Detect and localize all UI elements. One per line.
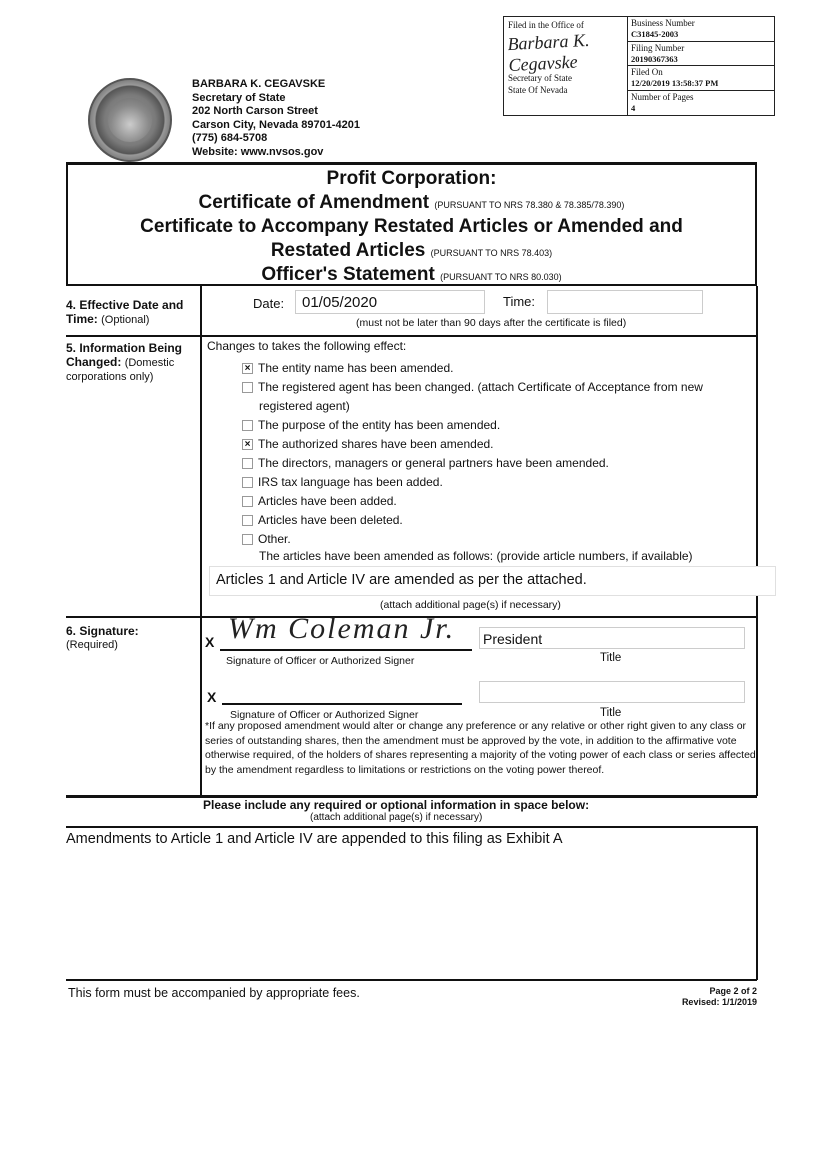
sos-title: Secretary of State <box>508 72 572 84</box>
business-number: Business Number C31845-2003 <box>628 17 774 42</box>
change-option-label: Other. <box>258 532 291 546</box>
filing-stamp: Filed in the Office of Barbara K. Cegavs… <box>503 16 775 116</box>
change-option-continuation: registered agent) <box>259 399 350 413</box>
additional-heading: Please include any required or optional … <box>203 798 589 812</box>
voting-footnote: *If any proposed amendment would alter o… <box>205 719 758 777</box>
sos-address: BARBARA K. CEGAVSKE Secretary of State 2… <box>192 78 360 159</box>
section4-label: 4. Effective Date and Time: (Optional) <box>66 298 201 327</box>
x-mark-2: X <box>207 689 216 705</box>
filing-number: Filing Number 20190367363 <box>628 42 774 67</box>
amended-intro: The articles have been amended as follow… <box>259 549 693 563</box>
changes-intro: Changes to takes the following effect: <box>207 339 406 353</box>
title-field-2[interactable] <box>479 681 745 703</box>
change-option-label: The directors, managers or general partn… <box>258 456 609 470</box>
date-note: (must not be later than 90 days after th… <box>356 317 626 329</box>
revised-date: Revised: 1/1/2019 <box>600 997 757 1008</box>
officer-signature: Wm Coleman Jr. <box>228 612 455 646</box>
change-option-label: The registered agent has been changed. (… <box>258 380 703 394</box>
change-option[interactable]: The registered agent has been changed. (… <box>242 380 703 394</box>
sos-city: Carson City, Nevada 89701-4201 <box>192 119 360 133</box>
effective-time-field[interactable] <box>547 290 703 314</box>
checked-checkbox-icon[interactable]: × <box>242 439 253 450</box>
time-label: Time: <box>503 294 535 309</box>
change-option[interactable]: ×The entity name has been amended. <box>242 361 453 375</box>
change-option[interactable]: Articles have been added. <box>242 494 397 508</box>
sos-name: BARBARA K. CEGAVSKE <box>192 78 360 92</box>
title-caption-2: Title <box>600 707 621 719</box>
filed-on: Filed On 12/20/2019 13:58:37 PM <box>628 66 774 91</box>
attach-note: (attach additional page(s) if necessary) <box>380 599 561 611</box>
checkbox-icon[interactable] <box>242 534 253 545</box>
form-subtitle-restated: Certificate to Accompany Restated Articl… <box>68 216 755 238</box>
signature-line-1 <box>220 649 472 651</box>
checkbox-icon[interactable] <box>242 496 253 507</box>
additional-info-field[interactable]: Amendments to Article 1 and Article IV a… <box>66 831 754 977</box>
page-number: Page 2 of 2 <box>600 986 757 997</box>
number-of-pages: Number of Pages 4 <box>628 91 774 116</box>
change-option[interactable]: The directors, managers or general partn… <box>242 456 609 470</box>
signer-caption-1: Signature of Officer or Authorized Signe… <box>226 655 414 667</box>
checkbox-icon[interactable] <box>242 382 253 393</box>
checked-checkbox-icon[interactable]: × <box>242 363 253 374</box>
section5-label: 5. Information Being Changed: (Domestic … <box>66 341 201 384</box>
signature-line-2[interactable] <box>222 703 462 705</box>
sos-phone: (775) 684-5708 <box>192 132 360 146</box>
effective-date-field[interactable]: 01/05/2020 <box>295 290 485 314</box>
page-info: Page 2 of 2 Revised: 1/1/2019 <box>600 986 757 1008</box>
form-title: Profit Corporation: <box>68 168 755 190</box>
secretary-signature: Barbara K. Cegavske <box>507 28 628 76</box>
form-subtitle-officer: Officer's Statement (PURSUANT TO NRS 80.… <box>68 264 755 286</box>
change-option[interactable]: The purpose of the entity has been amend… <box>242 418 500 432</box>
checkbox-icon[interactable] <box>242 420 253 431</box>
change-option-label: IRS tax language has been added. <box>258 475 443 489</box>
change-option[interactable]: Other. <box>242 532 291 546</box>
change-option[interactable]: Articles have been deleted. <box>242 513 403 527</box>
amended-articles-field[interactable]: Articles 1 and Article IV are amended as… <box>209 566 776 596</box>
date-label: Date: <box>253 296 284 311</box>
sos-website: Website: www.nvsos.gov <box>192 146 360 160</box>
change-option-label: The purpose of the entity has been amend… <box>258 418 500 432</box>
title-field-1[interactable]: President <box>479 627 745 649</box>
checkbox-icon[interactable] <box>242 515 253 526</box>
additional-right-border <box>756 826 758 980</box>
checkbox-icon[interactable] <box>242 458 253 469</box>
additional-note: (attach additional page(s) if necessary) <box>310 812 482 823</box>
sos-street: 202 North Carson Street <box>192 105 360 119</box>
sos-state: State Of Nevada <box>508 84 572 96</box>
stamp-office: Filed in the Office of Barbara K. Cegavs… <box>504 17 628 115</box>
change-option-label: The entity name has been amended. <box>258 361 453 375</box>
form-subtitle-restated-2: Restated Articles (PURSUANT TO NRS 78.40… <box>68 240 755 262</box>
change-option-label: Articles have been deleted. <box>258 513 403 527</box>
form-title-box: Profit Corporation: Certificate of Amend… <box>66 162 757 286</box>
nevada-seal-icon <box>88 78 172 162</box>
change-option[interactable]: IRS tax language has been added. <box>242 475 443 489</box>
additional-bottom-border <box>66 979 757 981</box>
change-option-label: The authorized shares have been amended. <box>258 437 494 451</box>
change-option-label: Articles have been added. <box>258 494 397 508</box>
change-option[interactable]: ×The authorized shares have been amended… <box>242 437 494 451</box>
section6-label: 6. Signature: (Required) <box>66 624 201 652</box>
checkbox-icon[interactable] <box>242 477 253 488</box>
sos-title: Secretary of State <box>192 92 360 106</box>
x-mark-1: X <box>205 634 214 650</box>
title-caption-1: Title <box>600 652 621 664</box>
fees-note: This form must be accompanied by appropr… <box>68 986 360 1000</box>
form-subtitle-amendment: Certificate of Amendment (PURSUANT TO NR… <box>68 192 755 214</box>
additional-top-border <box>66 826 757 828</box>
row-divider-4-5 <box>66 335 757 337</box>
